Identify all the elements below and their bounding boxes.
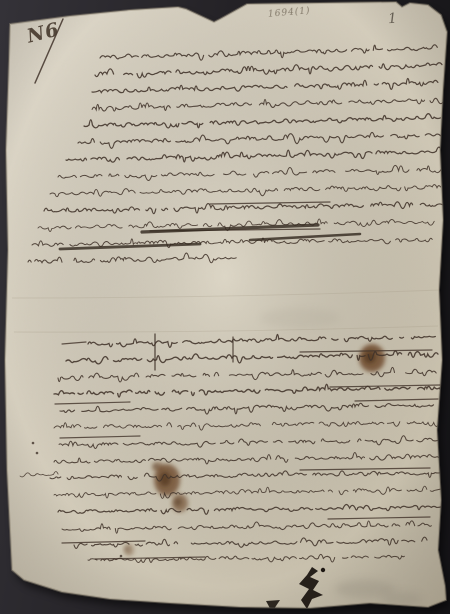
photo-stage: N6 1694(1) 1	[0, 0, 450, 614]
manuscript-photo	[0, 0, 450, 614]
